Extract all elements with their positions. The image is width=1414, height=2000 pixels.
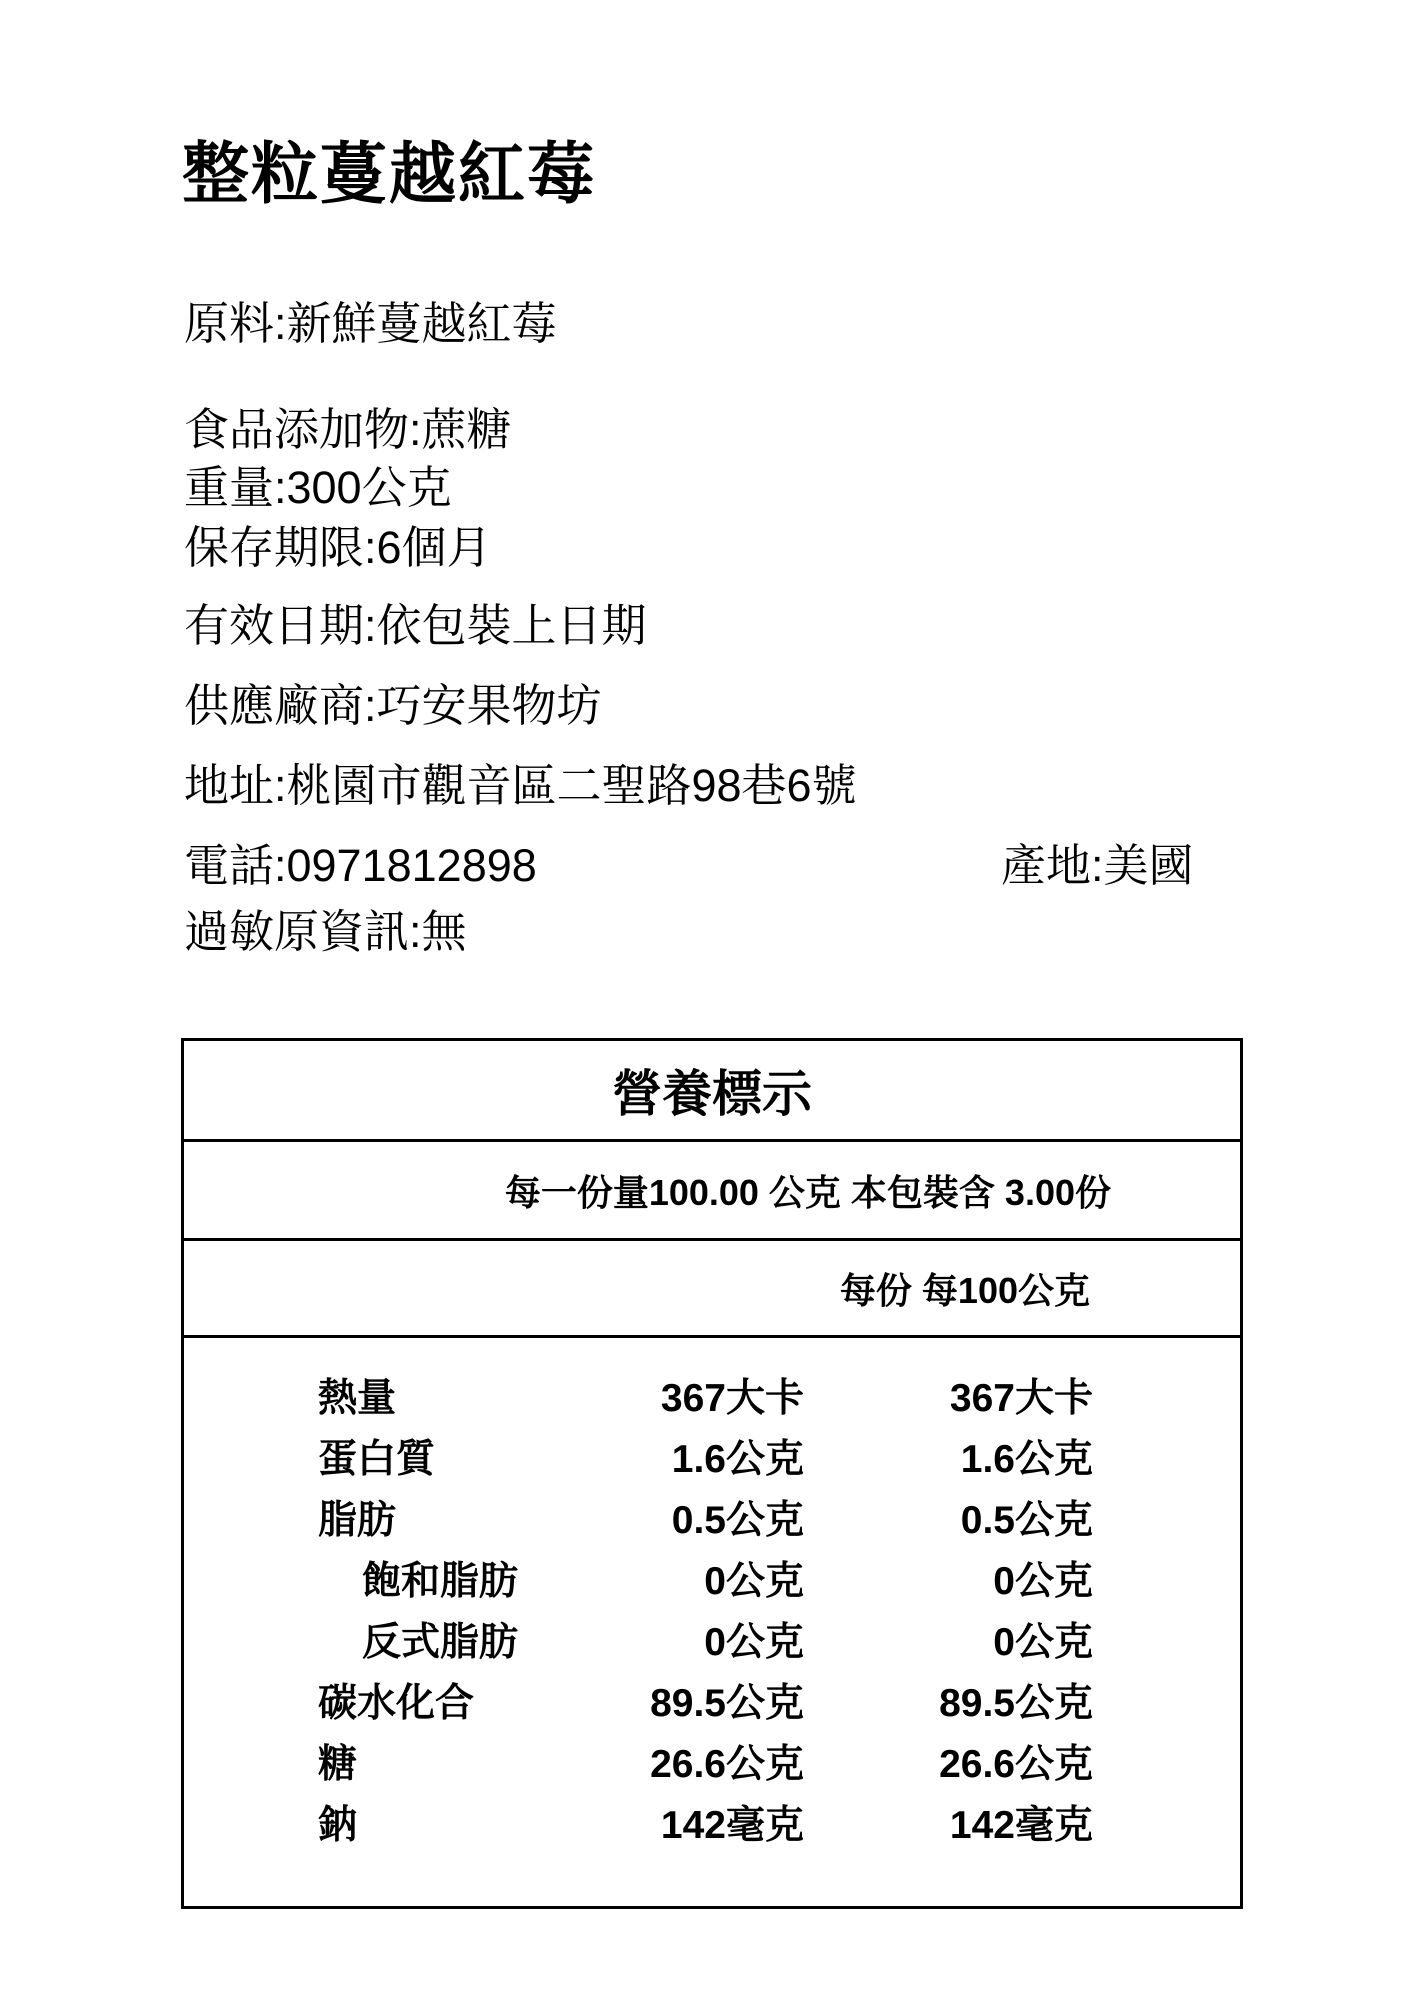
nutrient-label: 糖 xyxy=(318,1733,612,1789)
per-100g-value: 0公克 xyxy=(804,1550,1093,1606)
nutrient-label: 反式脂肪 xyxy=(318,1611,612,1667)
info-line-ingredients: 原料:新鮮蔓越紅莓 xyxy=(184,297,557,351)
per-100g-value: 142毫克 xyxy=(804,1794,1093,1850)
nutrition-rows: 熱量 367大卡 367大卡 蛋白質 1.6公克 1.6公克 脂肪 0.5公克 … xyxy=(184,1338,1240,1906)
per-serving-value: 0.5公克 xyxy=(612,1489,804,1545)
nutrition-title: 營養標示 xyxy=(184,1041,1240,1142)
nutrient-row-sodium: 鈉 142毫克 142毫克 xyxy=(184,1791,1240,1852)
info-line-shelf-life: 保存期限:6個月 xyxy=(184,521,492,575)
info-line-address: 地址:桃園市觀音區二聖路98巷6號 xyxy=(184,759,857,813)
per-serving-value: 89.5公克 xyxy=(612,1672,804,1728)
per-serving-value: 142毫克 xyxy=(612,1794,804,1850)
nutrition-table: 營養標示 每一份量100.00 公克 本包裝含 3.00份 每份 每100公克 … xyxy=(181,1038,1243,1909)
info-line-expiry-date: 有效日期:依包裝上日期 xyxy=(184,599,647,653)
per-100g-value: 0.5公克 xyxy=(804,1489,1093,1545)
info-line-weight: 重量:300公克 xyxy=(184,461,452,515)
nutrient-label: 熱量 xyxy=(318,1367,612,1423)
nutrient-row-protein: 蛋白質 1.6公克 1.6公克 xyxy=(184,1425,1240,1486)
serving-info: 每一份量100.00 公克 本包裝含 3.00份 xyxy=(184,1142,1240,1241)
nutrient-label: 鈉 xyxy=(318,1794,612,1850)
product-title: 整粒蔓越紅莓 xyxy=(182,138,596,212)
per-serving-value: 26.6公克 xyxy=(612,1733,804,1789)
phone-origin-row: 電話:0971812898 產地:美國 xyxy=(184,839,537,893)
phone-label: 電話:0971812898 xyxy=(184,840,537,891)
allergen-label: 過敏原資訊:無 xyxy=(184,905,467,959)
per-100g-value: 0公克 xyxy=(804,1611,1093,1667)
per-serving-value: 0公克 xyxy=(612,1550,804,1606)
nutrient-label: 飽和脂肪 xyxy=(318,1550,612,1606)
per-serving-value: 1.6公克 xyxy=(612,1428,804,1484)
per-100g-value: 1.6公克 xyxy=(804,1428,1093,1484)
column-headers: 每份 每100公克 xyxy=(184,1241,1240,1338)
nutrient-row-fat: 脂肪 0.5公克 0.5公克 xyxy=(184,1486,1240,1547)
nutrient-row-sugar: 糖 26.6公克 26.6公克 xyxy=(184,1730,1240,1791)
nutrient-label: 脂肪 xyxy=(318,1489,612,1545)
per-serving-value: 367大卡 xyxy=(612,1367,804,1423)
info-line-additives: 食品添加物:蔗糖 xyxy=(184,403,512,457)
per-100g-value: 89.5公克 xyxy=(804,1672,1093,1728)
nutrient-row-carbohydrate: 碳水化合 89.5公克 89.5公克 xyxy=(184,1669,1240,1730)
per-100g-value: 26.6公克 xyxy=(804,1733,1093,1789)
info-line-supplier: 供應廠商:巧安果物坊 xyxy=(184,679,602,733)
per-100g-value: 367大卡 xyxy=(804,1367,1093,1423)
per-serving-value: 0公克 xyxy=(612,1611,804,1667)
nutrient-row-trans-fat: 反式脂肪 0公克 0公克 xyxy=(184,1608,1240,1669)
product-label-page: 整粒蔓越紅莓 原料:新鮮蔓越紅莓 食品添加物:蔗糖 重量:300公克 保存期限:… xyxy=(0,0,1414,2000)
nutrient-row-calories: 熱量 367大卡 367大卡 xyxy=(184,1364,1240,1425)
nutrient-label: 碳水化合 xyxy=(318,1672,612,1728)
origin-label: 產地:美國 xyxy=(1001,839,1194,893)
nutrient-row-saturated-fat: 飽和脂肪 0公克 0公克 xyxy=(184,1547,1240,1608)
nutrient-label: 蛋白質 xyxy=(318,1428,612,1484)
